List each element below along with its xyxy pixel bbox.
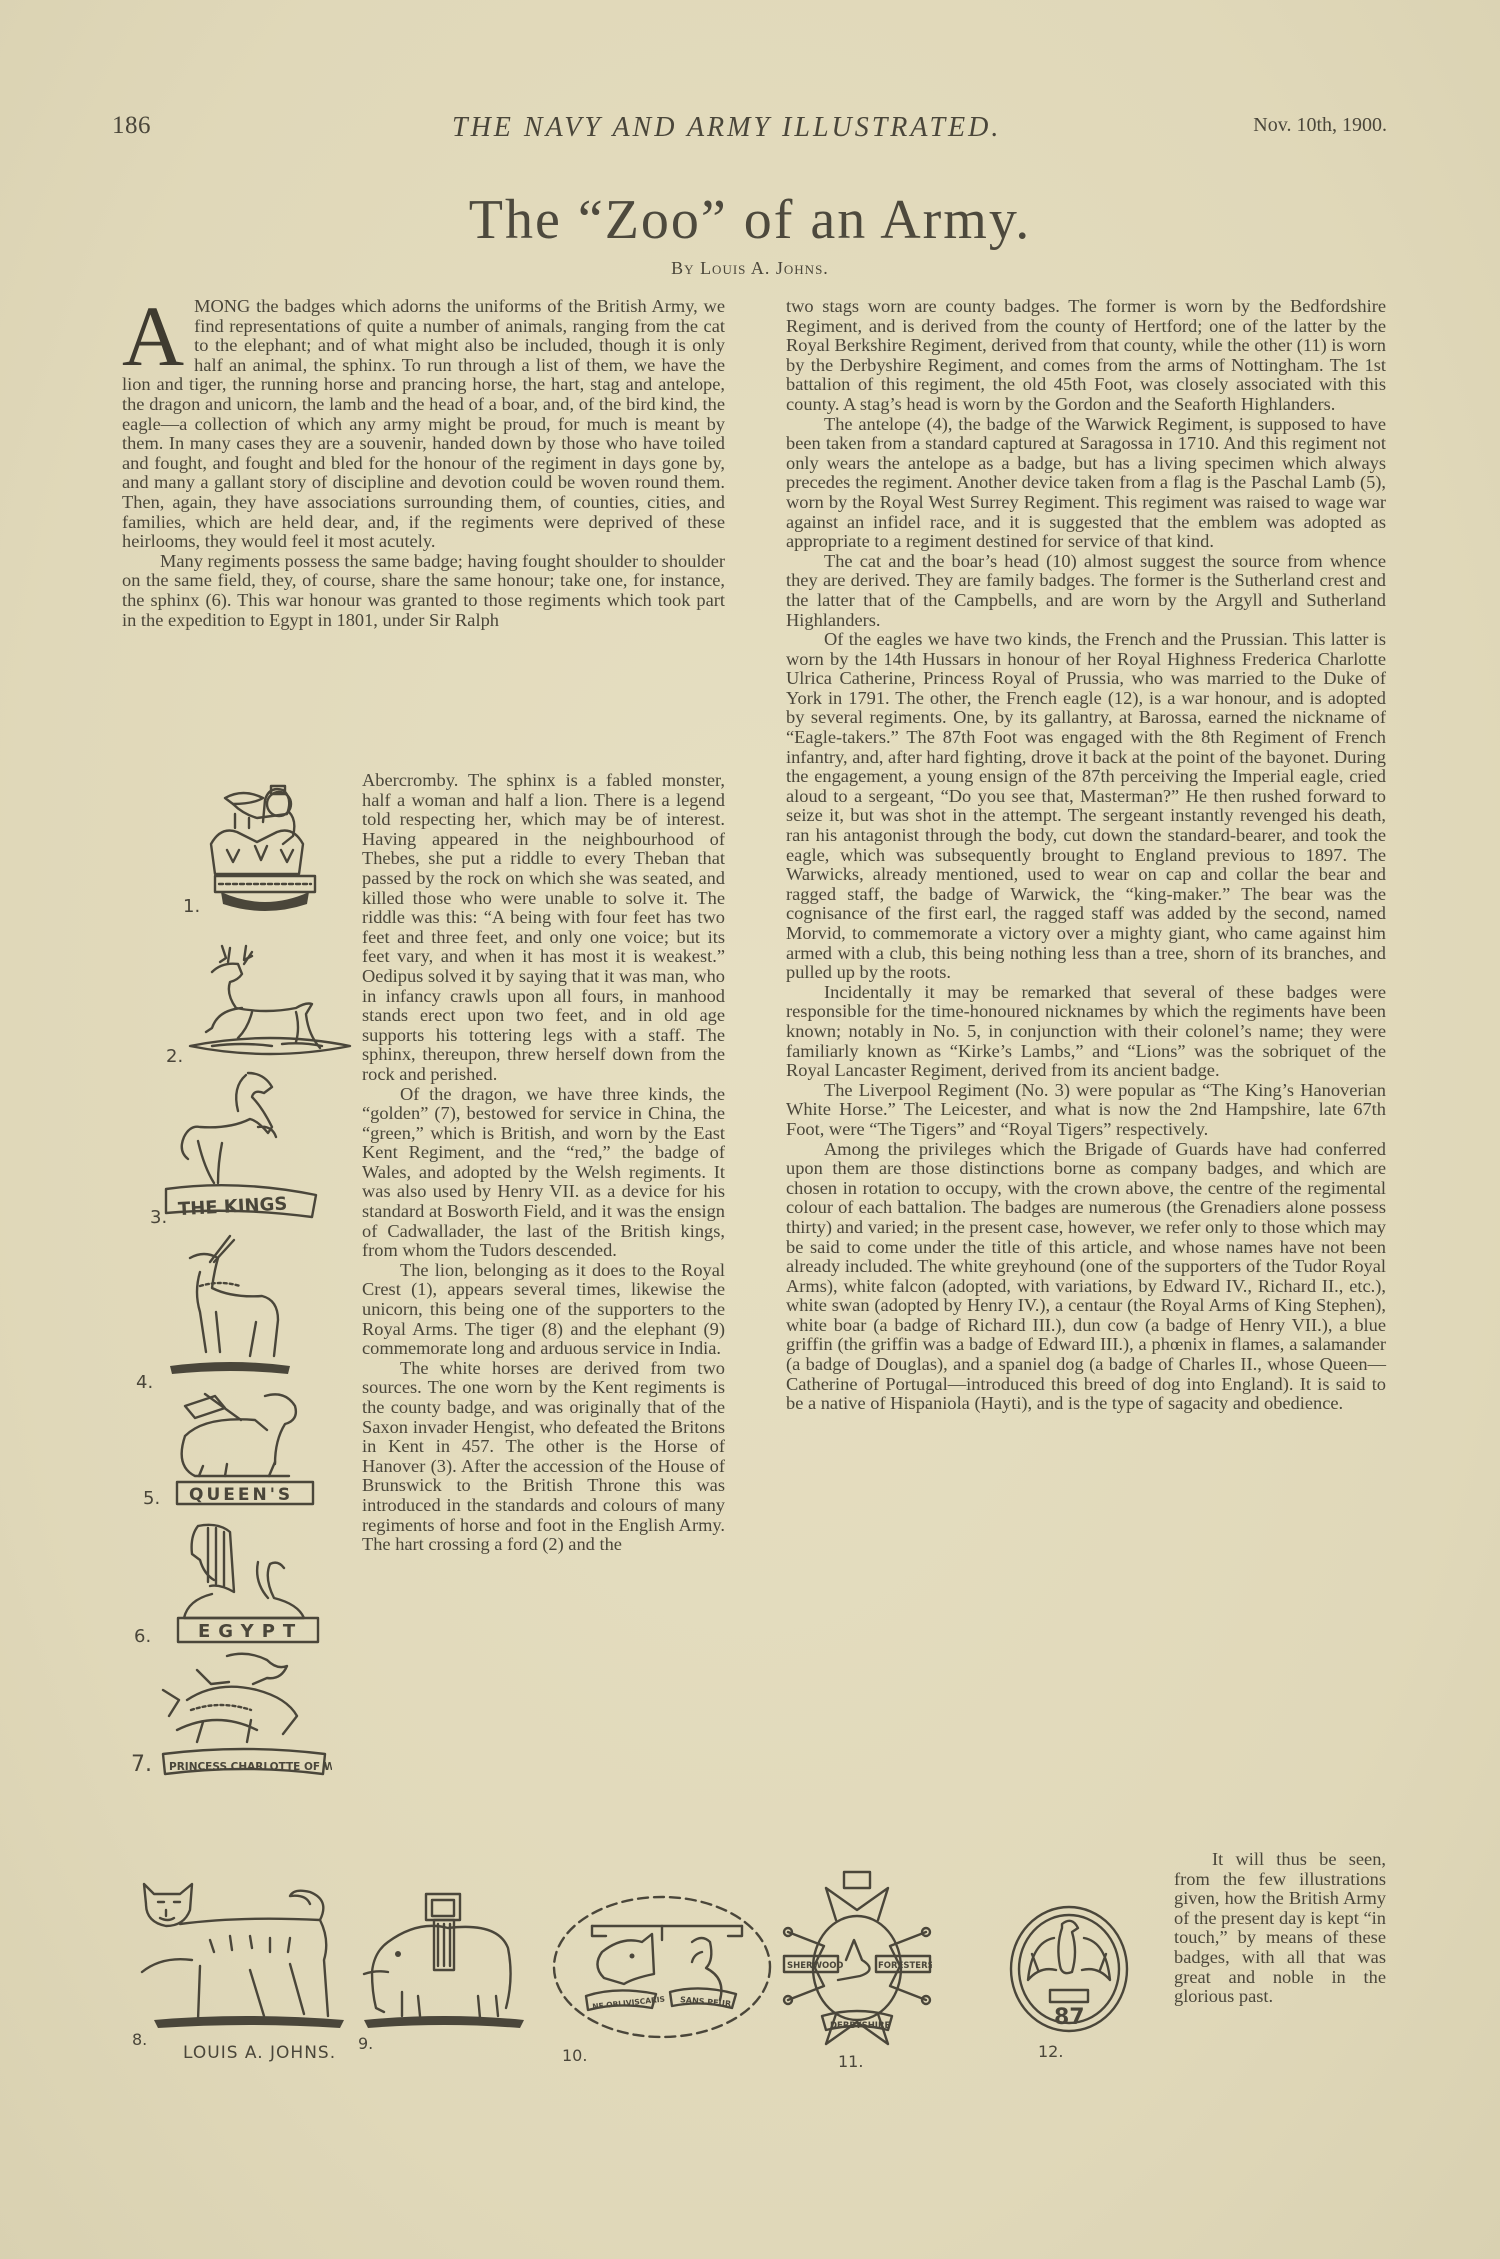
badge-number: 1. [183, 896, 200, 917]
magazine-page: 186 THE NAVY AND ARMY ILLUSTRATED. Nov. … [0, 0, 1500, 2259]
scroll-text: QUEEN'S [189, 1485, 293, 1505]
paragraph: Among the privileges which the Brigade o… [786, 1140, 1386, 1414]
badge-7-dragon: PRINCESS CHARLOTTE OF WALES 7. [157, 1650, 332, 1780]
paragraph-closing: It will thus be seen, from the few illus… [1174, 1850, 1386, 2007]
lion-crown-icon [205, 784, 325, 929]
paragraph: Incidentally it may be remarked that sev… [786, 983, 1386, 1081]
paragraph: The antelope (4), the badge of the Warwi… [786, 415, 1386, 552]
paragraph: Many regiments possess the same badge; h… [122, 552, 725, 630]
badge-number: 4. [136, 1372, 153, 1393]
paschal-lamb-icon: QUEEN'S [165, 1382, 325, 1522]
badge-number: 8. [132, 2030, 147, 2049]
dragon-icon: PRINCESS CHARLOTTE OF WALES [157, 1650, 332, 1780]
elephant-icon [358, 1892, 528, 2032]
right-column: two stags worn are county badges. The fo… [786, 297, 1386, 1414]
paragraph: Of the dragon, we have three kinds, the … [362, 1085, 725, 1261]
badge-number: 7. [131, 1752, 152, 1777]
antelope-icon [160, 1232, 300, 1382]
badge-8-tiger: 8. [140, 1880, 355, 2040]
article-byline: By Louis A. Johns. [0, 258, 1500, 279]
paragraph: two stags worn are county badges. The fo… [786, 297, 1386, 415]
badge-9-elephant: 9. [358, 1892, 528, 2032]
badge-number: 10. [562, 2046, 587, 2065]
intro-first-word: MONG [194, 296, 250, 316]
badge-1-lion-crown: 1. [205, 784, 325, 929]
badge-10-boar-and-cat: NE OBLIVISCARIS SANS PEUR 10. [552, 1892, 777, 2042]
paragraph: Of the eagles we have two kinds, the Fre… [786, 630, 1386, 983]
running-header: 186 THE NAVY AND ARMY ILLUSTRATED. Nov. … [112, 112, 1387, 152]
badge-number: 5. [143, 1488, 160, 1509]
artist-signature: LOUIS A. JOHNS. [183, 2043, 336, 2063]
article-title: The “Zoo” of an Army. [0, 188, 1500, 252]
badge-number: 11. [838, 2052, 863, 2071]
intro-text: the badges which adorns the uniforms of … [122, 296, 725, 551]
badge-6-sphinx: EGYPT 6. [168, 1522, 328, 1652]
white-horse-icon: THE KINGS [158, 1067, 328, 1232]
paragraph: Abercromby. The sphinx is a fabled monst… [362, 771, 725, 1085]
scroll-text-right: SANS PEUR [680, 1995, 732, 2008]
badge-3-white-horse: THE KINGS 3. [158, 1067, 328, 1232]
tiger-icon [140, 1880, 355, 2040]
sphinx-icon: EGYPT [168, 1522, 328, 1652]
scroll-text-bottom: DERBYSHIRE [830, 2021, 891, 2031]
maltese-cross-stag-icon: SHERWOOD FORESTERS DERBYSHIRE [782, 1868, 932, 2048]
badge-number: 6. [134, 1626, 151, 1647]
paragraph: The cat and the boar’s head (10) almost … [786, 552, 1386, 630]
paragraph: The lion, belonging as it does to the Ro… [362, 1261, 725, 1359]
badge-number: 9. [358, 2034, 373, 2053]
paragraph-intro: AMONG the badges which adorns the unifor… [122, 297, 725, 552]
french-eagle-icon: 87 [1008, 1904, 1130, 2034]
left-column-top: AMONG the badges which adorns the unifor… [122, 297, 725, 630]
scroll-text-left: NE OBLIVISCARIS [592, 1995, 665, 2012]
paragraph: The white horses are derived from two so… [362, 1359, 725, 1555]
badge-11-sherwood-foresters: SHERWOOD FORESTERS DERBYSHIRE 11. [782, 1868, 932, 2048]
badge-number: 3. [150, 1207, 167, 1228]
scroll-text: EGYPT [198, 1621, 303, 1642]
badge-number: 12. [1038, 2042, 1063, 2061]
page-number: 186 [112, 112, 151, 140]
badge-4-antelope: 4. [160, 1232, 300, 1382]
paragraph: The Liverpool Regiment (No. 3) were popu… [786, 1081, 1386, 1140]
journal-title: THE NAVY AND ARMY ILLUSTRATED. [452, 112, 1001, 144]
hart-icon [172, 942, 362, 1062]
badge-number: 2. [166, 1046, 183, 1067]
badge-2-hart: 2. [172, 942, 362, 1062]
plinth-number: 87 [1054, 2005, 1085, 2030]
badge-5-paschal-lamb: QUEEN'S 5. [165, 1382, 325, 1522]
scroll-text: PRINCESS CHARLOTTE OF WALES [169, 1761, 332, 1773]
boar-cat-icon: NE OBLIVISCARIS SANS PEUR [552, 1892, 777, 2042]
scroll-text: THE KINGS [178, 1193, 288, 1220]
scroll-text-left: SHERWOOD [787, 1961, 843, 1971]
scroll-text-right: FORESTERS [878, 1961, 932, 1971]
left-column-narrow: Abercromby. The sphinx is a fabled monst… [362, 771, 725, 1555]
badge-12-french-eagle: 87 12. [1008, 1904, 1130, 2034]
right-column-closing: It will thus be seen, from the few illus… [1174, 1850, 1386, 2007]
issue-date: Nov. 10th, 1900. [1253, 114, 1387, 137]
drop-cap: A [122, 301, 184, 371]
